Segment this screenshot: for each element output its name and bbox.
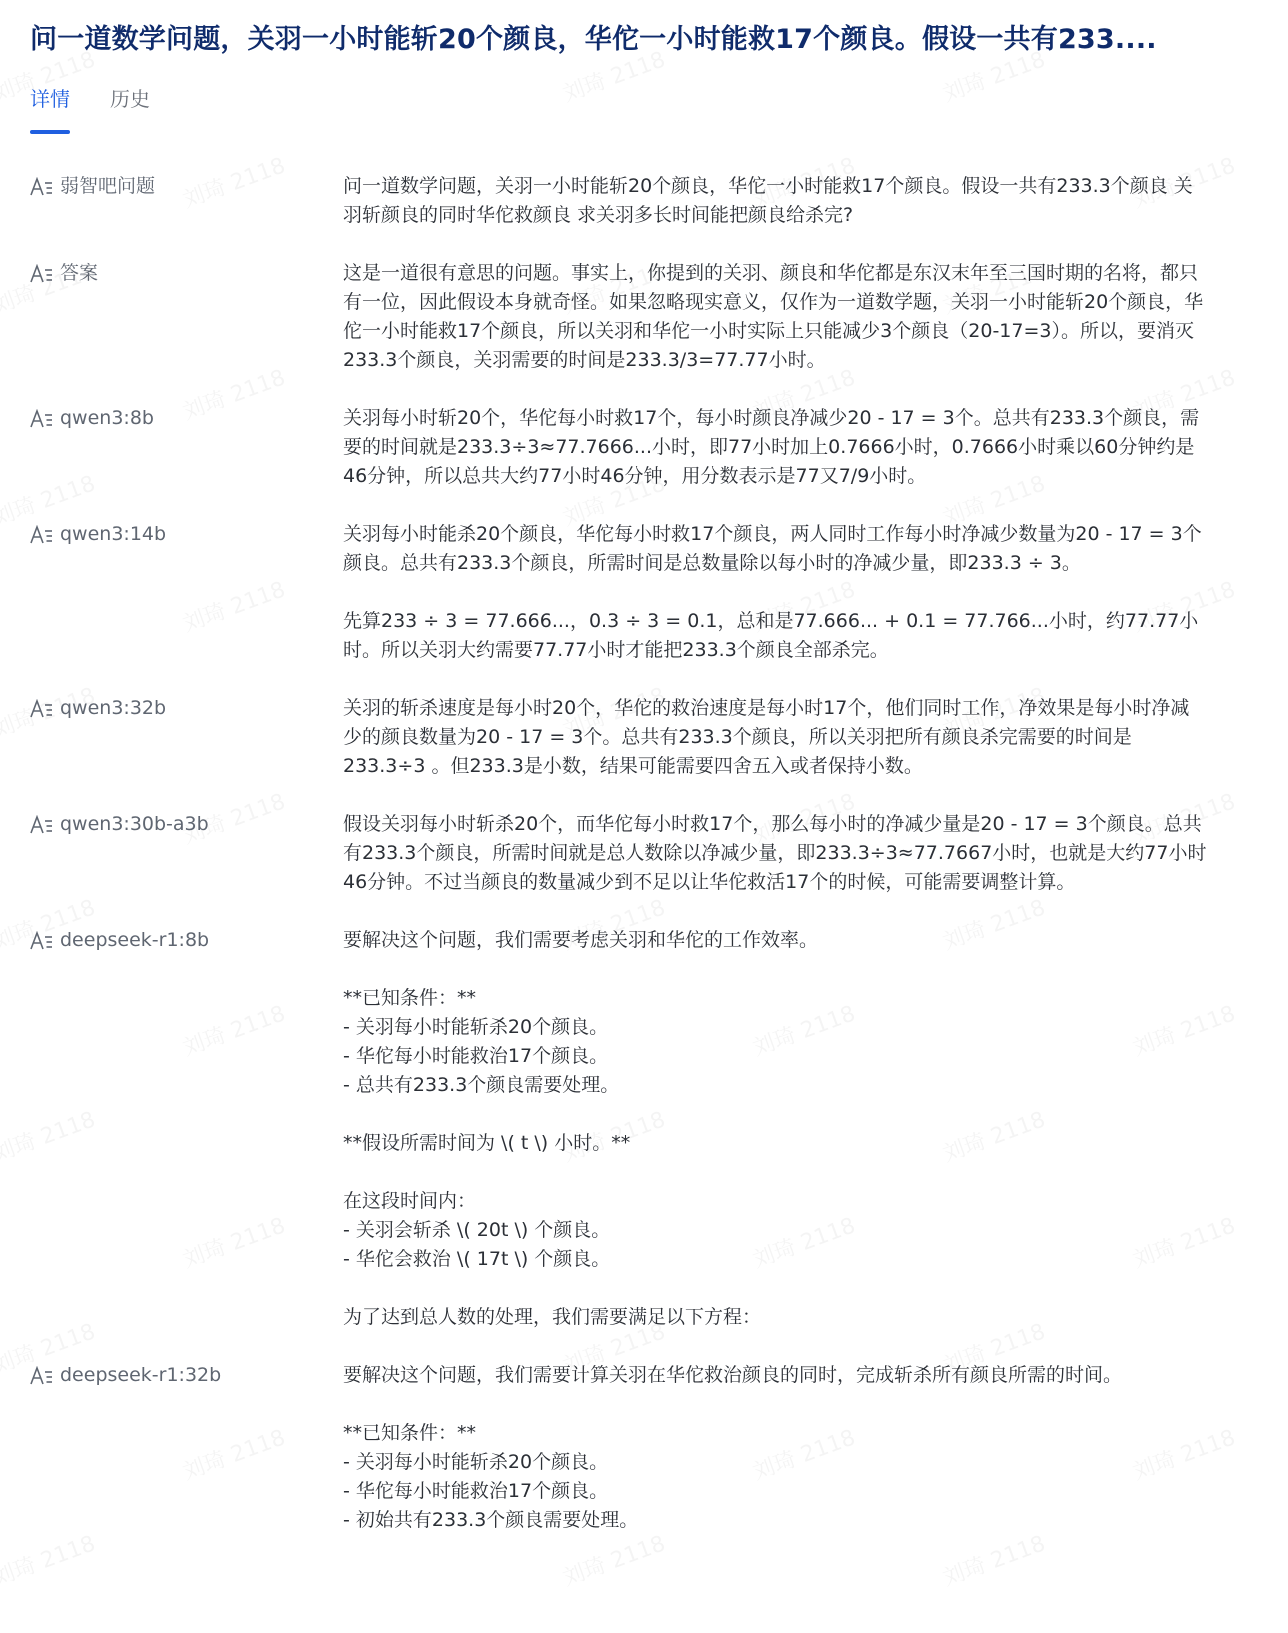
field-value: 这是一道很有意思的问题。事实上，你提到的关羽、颜良和华佗都是东汉末年至三国时期的… xyxy=(343,259,1258,375)
field-row: 答案这是一道很有意思的问题。事实上，你提到的关羽、颜良和华佗都是东汉末年至三国时… xyxy=(30,259,1258,375)
text-format-icon xyxy=(30,263,56,285)
field-row: deepseek-r1:8b要解决这个问题，我们需要考虑关羽和华佗的工作效率。*… xyxy=(30,926,1258,1332)
text-format-icon xyxy=(30,1365,56,1387)
field-label: 弱智吧问题 xyxy=(30,172,343,201)
tab-bar: 详情 历史 xyxy=(30,82,1258,132)
field-paragraph: 这是一道很有意思的问题。事实上，你提到的关羽、颜良和华佗都是东汉末年至三国时期的… xyxy=(343,259,1208,375)
field-paragraph: **假设所需时间为 \( t \) 小时。** xyxy=(343,1129,1208,1158)
field-paragraph: 要解决这个问题，我们需要考虑关羽和华佗的工作效率。 xyxy=(343,926,1208,955)
field-paragraph: 关羽每小时斩20个，华佗每小时救17个，每小时颜良净减少20 - 17 = 3个… xyxy=(343,404,1208,491)
field-value: 关羽每小时能杀20个颜良，华佗每小时救17个颜良，两人同时工作每小时净减少数量为… xyxy=(343,520,1258,665)
field-row: qwen3:32b关羽的斩杀速度是每小时20个，华佗的救治速度是每小时17个，他… xyxy=(30,694,1258,781)
field-label-text: qwen3:14b xyxy=(60,520,166,549)
field-row: deepseek-r1:32b要解决这个问题，我们需要计算关羽在华佗救治颜良的同… xyxy=(30,1361,1258,1535)
field-label-text: deepseek-r1:8b xyxy=(60,926,209,955)
field-value: 要解决这个问题，我们需要考虑关羽和华佗的工作效率。**已知条件：** - 关羽每… xyxy=(343,926,1258,1332)
tab-details[interactable]: 详情 xyxy=(30,82,70,132)
field-value: 要解决这个问题，我们需要计算关羽在华佗救治颜良的同时，完成斩杀所有颜良所需的时间… xyxy=(343,1361,1258,1535)
field-label-text: deepseek-r1:32b xyxy=(60,1361,221,1390)
field-label: deepseek-r1:8b xyxy=(30,926,343,955)
field-value: 关羽的斩杀速度是每小时20个，华佗的救治速度是每小时17个，他们同时工作，净效果… xyxy=(343,694,1258,781)
field-row: 弱智吧问题问一道数学问题，关羽一小时能斩20个颜良，华佗一小时能救17个颜良。假… xyxy=(30,172,1258,230)
field-paragraph: 为了达到总人数的处理，我们需要满足以下方程： xyxy=(343,1303,1208,1332)
field-value: 关羽每小时斩20个，华佗每小时救17个，每小时颜良净减少20 - 17 = 3个… xyxy=(343,404,1258,491)
page-title: 问一道数学问题，关羽一小时能斩20个颜良，华佗一小时能救17个颜良。假设一共有2… xyxy=(30,0,1258,62)
text-format-icon xyxy=(30,814,56,836)
field-label: qwen3:32b xyxy=(30,694,343,723)
watermark-text: 刘琦 2118 xyxy=(938,1527,1049,1593)
field-label: qwen3:14b xyxy=(30,520,343,549)
field-paragraph: 关羽每小时能杀20个颜良，华佗每小时救17个颜良，两人同时工作每小时净减少数量为… xyxy=(343,520,1208,578)
text-format-icon xyxy=(30,408,56,430)
field-label: qwen3:30b-a3b xyxy=(30,810,343,839)
field-paragraph: 问一道数学问题，关羽一小时能斩20个颜良，华佗一小时能救17个颜良。假设一共有2… xyxy=(343,172,1208,230)
field-paragraph: 假设关羽每小时斩杀20个，而华佗每小时救17个，那么每小时的净减少量是20 - … xyxy=(343,810,1208,897)
field-label-text: 答案 xyxy=(60,259,98,288)
text-format-icon xyxy=(30,698,56,720)
field-label-text: qwen3:8b xyxy=(60,404,154,433)
field-label-text: qwen3:30b-a3b xyxy=(60,810,209,839)
field-paragraph: **已知条件：** - 关羽每小时能斩杀20个颜良。 - 华佗每小时能救治17个… xyxy=(343,984,1208,1100)
field-row: qwen3:30b-a3b假设关羽每小时斩杀20个，而华佗每小时救17个，那么每… xyxy=(30,810,1258,897)
field-paragraph: 先算233 ÷ 3 = 77.666...，0.3 ÷ 3 = 0.1，总和是7… xyxy=(343,607,1208,665)
field-label-text: qwen3:32b xyxy=(60,694,166,723)
field-value: 问一道数学问题，关羽一小时能斩20个颜良，华佗一小时能救17个颜良。假设一共有2… xyxy=(343,172,1258,230)
field-label: 答案 xyxy=(30,259,343,288)
text-format-icon xyxy=(30,176,56,198)
field-label-text: 弱智吧问题 xyxy=(60,172,155,201)
field-paragraph: 关羽的斩杀速度是每小时20个，华佗的救治速度是每小时17个，他们同时工作，净效果… xyxy=(343,694,1208,781)
field-list: 弱智吧问题问一道数学问题，关羽一小时能斩20个颜良，华佗一小时能救17个颜良。假… xyxy=(30,172,1258,1535)
watermark-text: 刘琦 2118 xyxy=(558,1527,669,1593)
field-paragraph: 在这段时间内： - 关羽会斩杀 \( 20t \) 个颜良。 - 华佗会救治 \… xyxy=(343,1187,1208,1274)
field-paragraph: **已知条件：** - 关羽每小时能斩杀20个颜良。 - 华佗每小时能救治17个… xyxy=(343,1419,1208,1535)
tab-history[interactable]: 历史 xyxy=(110,82,150,132)
text-format-icon xyxy=(30,930,56,952)
field-paragraph: 要解决这个问题，我们需要计算关羽在华佗救治颜良的同时，完成斩杀所有颜良所需的时间… xyxy=(343,1361,1208,1390)
detail-page: 问一道数学问题，关羽一小时能斩20个颜良，华佗一小时能救17个颜良。假设一共有2… xyxy=(0,0,1288,1535)
field-row: qwen3:8b关羽每小时斩20个，华佗每小时救17个，每小时颜良净减少20 -… xyxy=(30,404,1258,491)
field-row: qwen3:14b关羽每小时能杀20个颜良，华佗每小时救17个颜良，两人同时工作… xyxy=(30,520,1258,665)
field-label: qwen3:8b xyxy=(30,404,343,433)
watermark-text: 刘琦 2118 xyxy=(0,1527,99,1593)
field-label: deepseek-r1:32b xyxy=(30,1361,343,1390)
field-value: 假设关羽每小时斩杀20个，而华佗每小时救17个，那么每小时的净减少量是20 - … xyxy=(343,810,1258,897)
text-format-icon xyxy=(30,524,56,546)
